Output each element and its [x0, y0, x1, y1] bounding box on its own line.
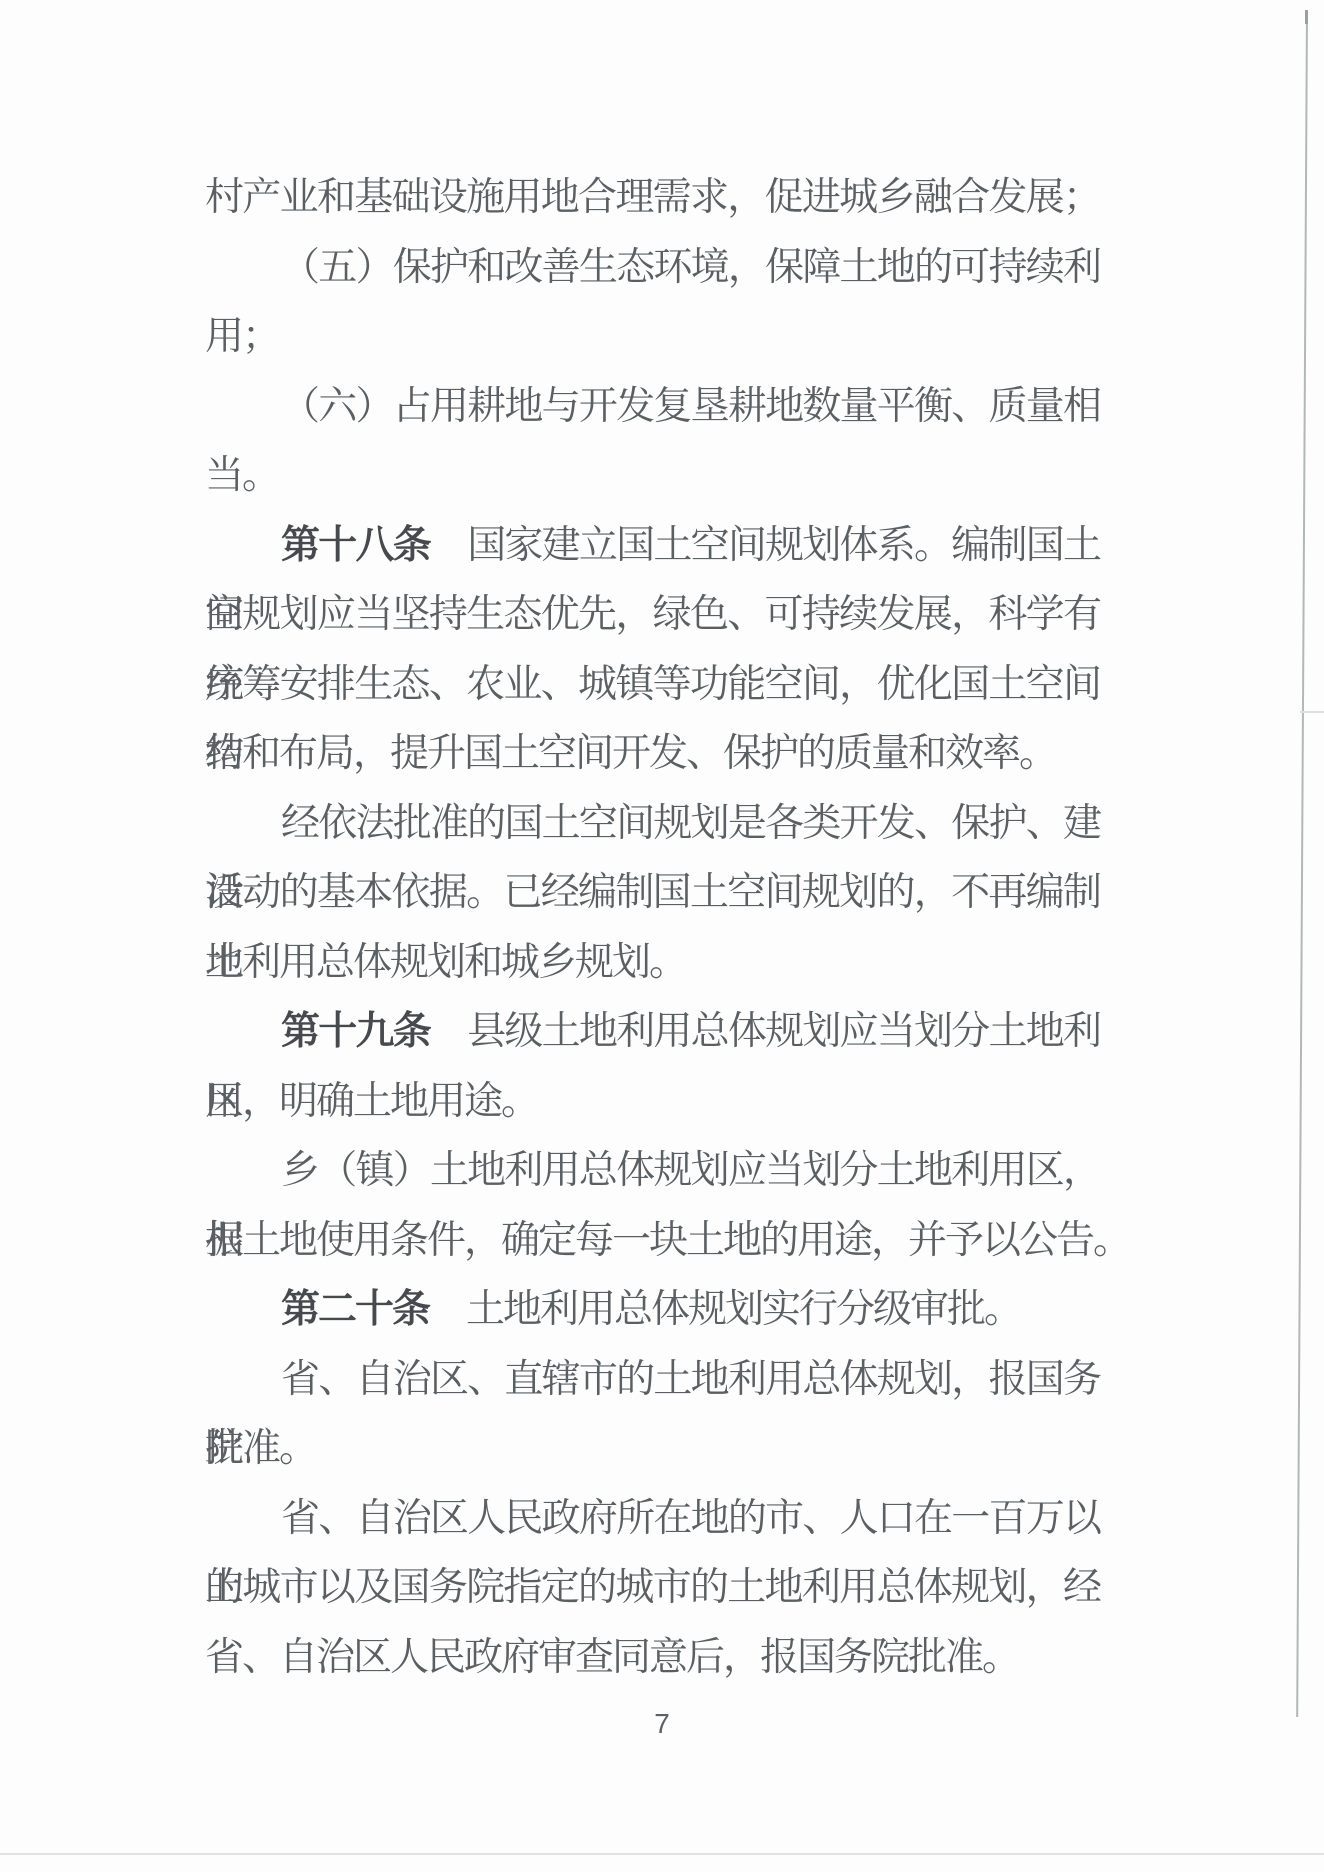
text-line: 省、自治区人民政府所在地的市、人口在一百万以上: [205, 1484, 1100, 1554]
scan-artifact-bottom-edge: [0, 1853, 1324, 1855]
text-line: 区，明确土地用途。: [205, 1067, 1100, 1137]
scan-artifact-tick: [1300, 711, 1324, 713]
text-line: 当。: [205, 441, 1100, 511]
text-line: 省、自治区、直辖市的土地利用总体规划，报国务院: [205, 1345, 1100, 1415]
article-number: 第十八条: [281, 524, 430, 567]
scan-artifact-vertical-line: [1296, 10, 1308, 1717]
document-text-block: 村产业和基础设施用地合理需求，促进城乡融合发展；（五）保护和改善生态环境，保障土…: [205, 163, 1100, 1692]
text-line: 经依法批准的国土空间规划是各类开发、保护、建设: [205, 789, 1100, 859]
text-line: 用；: [205, 302, 1100, 372]
text-line: 批准。: [205, 1414, 1100, 1484]
page-number: 7: [0, 1708, 1324, 1740]
text-line: 省、自治区人民政府审查同意后，报国务院批准。: [205, 1623, 1100, 1693]
text-line: 的城市以及国务院指定的城市的土地利用总体规划，经: [205, 1553, 1100, 1623]
text-line: 第十八条 国家建立国土空间规划体系。编制国土空: [205, 511, 1100, 581]
text-line: 构和布局，提升国土空间开发、保护的质量和效率。: [205, 719, 1100, 789]
text-line: （五）保护和改善生态环境，保障土地的可持续利: [205, 233, 1100, 303]
document-page: 村产业和基础设施用地合理需求，促进城乡融合发展；（五）保护和改善生态环境，保障土…: [0, 0, 1324, 1872]
text-line: 乡（镇）土地利用总体规划应当划分土地利用区，根: [205, 1136, 1100, 1206]
article-number: 第十九条: [281, 1010, 430, 1053]
text-line: 村产业和基础设施用地合理需求，促进城乡融合发展；: [205, 163, 1100, 233]
article-number: 第二十条: [281, 1288, 429, 1331]
text-line: 据土地使用条件，确定每一块土地的用途，并予以公告。: [205, 1206, 1100, 1276]
text-line: 统筹安排生态、农业、城镇等功能空间，优化国土空间结: [205, 650, 1100, 720]
text-line: 地利用总体规划和城乡规划。: [205, 928, 1100, 998]
text-line: 活动的基本依据。已经编制国土空间规划的，不再编制土: [205, 858, 1100, 928]
text-line: 第十九条 县级土地利用总体规划应当划分土地利用: [205, 997, 1100, 1067]
text-line: 第二十条 土地利用总体规划实行分级审批。: [205, 1275, 1100, 1345]
scan-artifact-vertical-line-cap: [1305, 10, 1308, 24]
text-line: （六）占用耕地与开发复垦耕地数量平衡、质量相: [205, 372, 1100, 442]
text-line: 间规划应当坚持生态优先，绿色、可持续发展，科学有序: [205, 580, 1100, 650]
